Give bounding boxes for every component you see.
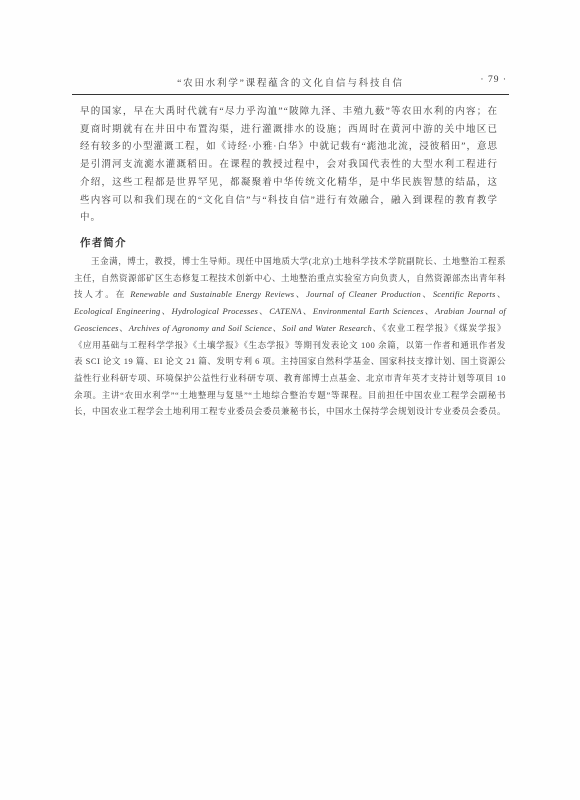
header-divider: [72, 94, 509, 95]
page-header: “农田水利学”课程蕴含的文化自信与科技自信 · 79 ·: [72, 75, 509, 89]
running-title: “农田水利学”课程蕴含的文化自信与科技自信: [72, 75, 509, 89]
author-bio-paragraph: 王金满，博士，教授，博士生导师。现任中国地质大学(北京)土地科学技术学院副院长、…: [74, 253, 506, 420]
page-number: · 79 ·: [480, 75, 507, 85]
body-paragraph: 早的国家，早在大禹时代就有“尽力乎沟洫”“陂障九泽、丰殖九薮”等农田水利的内容；…: [80, 104, 498, 228]
journal-page: “农田水利学”课程蕴含的文化自信与科技自信 · 79 · 早的国家，早在大禹时代…: [0, 0, 580, 800]
author-section-heading: 作者简介: [80, 235, 127, 250]
